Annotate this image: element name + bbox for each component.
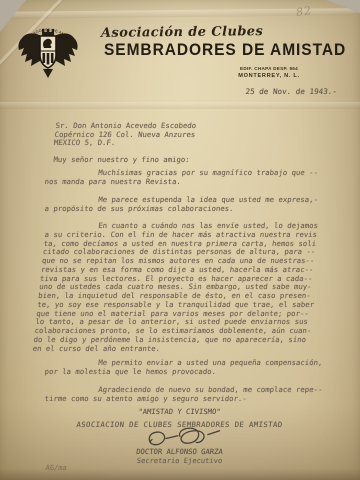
letterhead-org-name: SEMBRADORES DE AMISTAD [104, 41, 346, 60]
eagle-left-wing [18, 33, 42, 66]
recipient-address-block: Sr. Don Antonio Acevedo Escobedo Copérni… [53, 122, 196, 148]
letter-photo: 82 SEMBRADORES DE AMISTAD Asociación de … [0, 0, 360, 480]
shield-stripe [43, 53, 46, 63]
letterhead-association-script: Asociación de Clubes [101, 24, 263, 41]
club-crest-logo: SEMBRADORES DE AMISTAD [15, 15, 81, 87]
crest-crown [42, 29, 54, 36]
shield-stripe [51, 53, 54, 63]
closing-motto: "AMISTAD Y CIVISMO" [0, 407, 360, 416]
signer-name: DOCTOR ALFONSO GARZA [14, 447, 345, 456]
letterhead-office-address: EDIF. CHAPA DESP. 964 [234, 66, 304, 71]
eagle-tail [43, 69, 53, 78]
body-paragraph-5: Agradeciendo de nuevo su bondad, me comp… [44, 386, 323, 404]
shield-stripe [47, 53, 50, 65]
body-paragraph-2: Me parece estupenda la idea que usted me… [44, 196, 318, 214]
body-paragraph-4: Me permito enviar a usted una pequeña co… [44, 359, 323, 377]
typist-initials: AG/ma [45, 464, 67, 472]
pencil-page-number: 82 [295, 4, 313, 20]
body-paragraph-3: En cuanto a cuándo nos las envíe usted, … [32, 222, 323, 353]
salutation-line: Muy señor nuestro y fino amigo: [53, 155, 190, 164]
body-paragraph-1: Muchísimas gracias por su magnífico trab… [44, 169, 318, 187]
eagle-right-wing [54, 33, 78, 66]
letterhead-city: MONTERREY, N. L. [234, 73, 304, 79]
letter-date: 25 de Nov. de 1943.- [245, 87, 337, 96]
